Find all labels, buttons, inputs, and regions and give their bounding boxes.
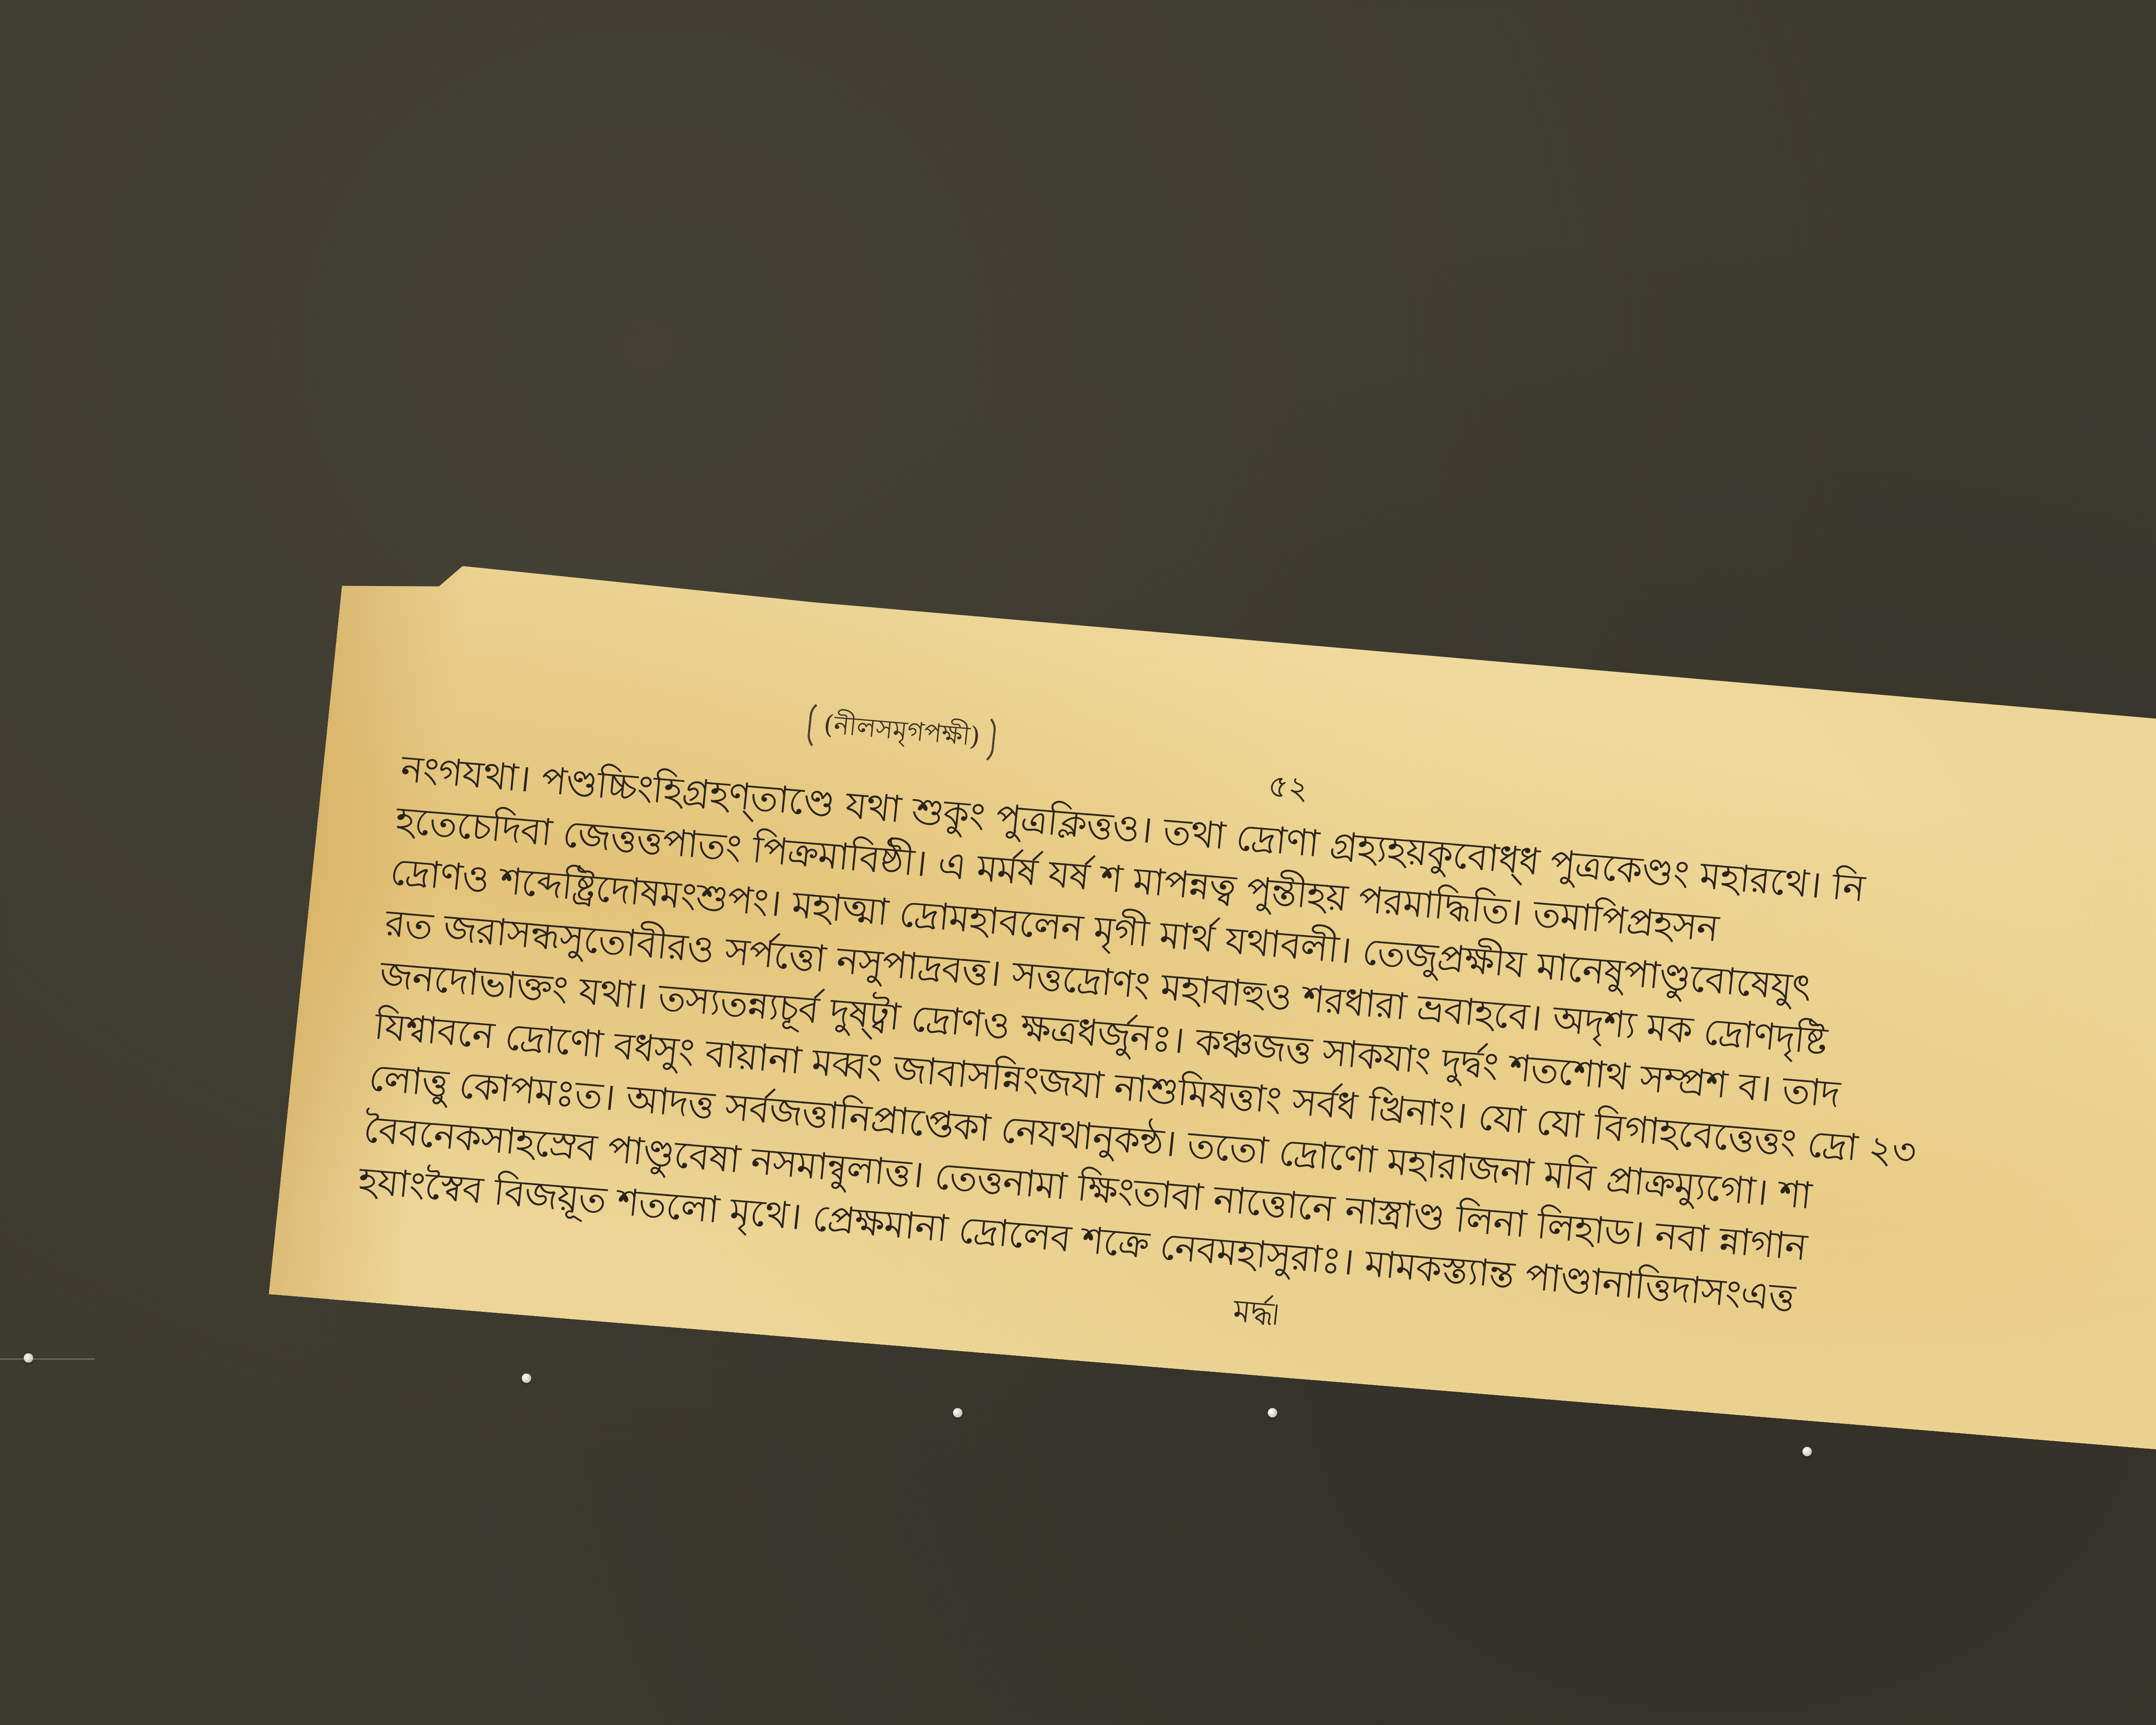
mounting-pin xyxy=(24,1353,33,1363)
folio-number: ৫২ xyxy=(1265,762,1311,817)
manuscript-leaf: (নীলসমৃগপক্ষী) ৫২ নংগযথা। পণ্ডচ্চিংহিগ্র… xyxy=(269,556,2156,1470)
manuscript-text: নংগযথা। পণ্ডচ্চিংহিগ্রহণ্তাণ্ডে যথা শুকু… xyxy=(356,743,2156,1369)
mounting-pin xyxy=(522,1374,531,1383)
mounting-thread xyxy=(0,1358,95,1360)
leaf-heading: (নীলসমৃগপক্ষী) xyxy=(806,699,997,766)
bottom-label: মর্দ্ধ৷ xyxy=(1231,1287,1281,1342)
mounting-pin xyxy=(953,1408,962,1418)
mounting-pin xyxy=(1802,1447,1812,1456)
mounting-pin xyxy=(1268,1408,1277,1418)
